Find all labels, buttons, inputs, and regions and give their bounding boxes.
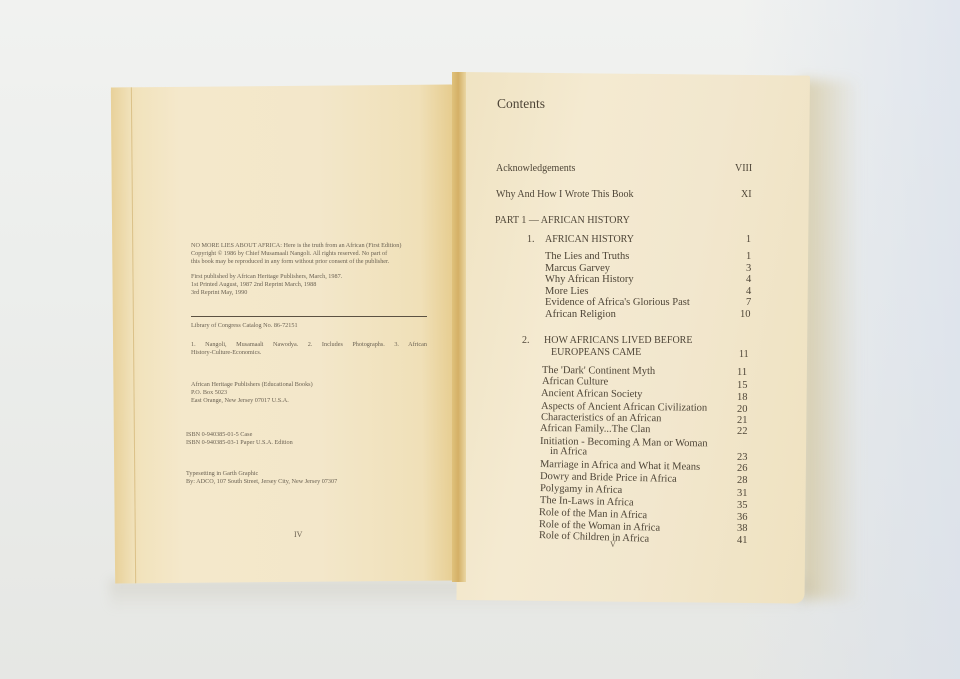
copyright-line: NO MORE LIES ABOUT AFRICA: Here is the t… [191,242,431,250]
toc-section-label: More Lies [545,286,588,297]
toc-section-label: Ancient African Society [541,388,643,400]
toc-section-page: 10 [740,309,751,320]
copyright-line: this book may be reproduced in any form … [191,258,431,266]
toc-entry-label: Acknowledgements [496,163,575,174]
publisher-address: African Heritage Publishers (Educational… [191,381,431,406]
toc-section-label: The Lies and Truths [545,251,629,262]
typesetting-line: Typesetting in Garth Graphic [186,470,426,478]
toc-section-label: Evidence of Africa's Glorious Past [545,297,690,308]
typesetting-block: Typesetting in Garth Graphic By: ADCO, 1… [186,470,426,486]
part-heading: PART 1 — AFRICAN HISTORY [495,215,630,226]
toc-section-page: 21 [737,415,748,426]
page-number-right: V [610,540,616,549]
chapter-title: EUROPEANS CAME [551,347,641,358]
publication-line: 3rd Reprint May, 1990 [191,289,431,297]
toc-section-page: 23 [737,452,748,463]
toc-section-page: 28 [737,475,748,486]
toc-section-page: 15 [737,380,748,391]
toc-section-label: African Family...The Clan [540,423,651,435]
toc-section-page: 36 [737,512,748,523]
toc-section-page: 7 [746,297,751,308]
toc-section-label: Marcus Garvey [545,263,610,274]
chapter-title: AFRICAN HISTORY [545,234,634,245]
toc-section-label: Why African History [545,274,634,285]
copyright-line: Copyright © 1986 by Chief Musamaali Nang… [191,250,431,258]
toc-section-page: 4 [746,274,751,285]
toc-section-page: 18 [737,392,748,403]
toc-entry-page: VIII [735,163,752,174]
isbn-line: ISBN 0-940385-03-1 Paper U.S.A. Edition [186,439,426,447]
publisher-line: African Heritage Publishers (Educational… [191,381,431,389]
chapter-page: 1 [746,234,751,245]
chapter-page: 11 [739,349,749,360]
isbn-block: ISBN 0-940385-01-5 Case ISBN 0-940385-03… [186,431,426,447]
publication-history: First published by African Heritage Publ… [191,273,431,298]
toc-section-page: 20 [737,404,748,415]
chapter-number: 1. [527,234,535,245]
toc-section-page: 3 [746,263,751,274]
publisher-line: P.O. Box 5023 [191,389,431,397]
contents-title: Contents [497,96,545,112]
toc-section-page: 26 [737,463,748,474]
toc-section-label: African Culture [542,376,608,388]
chapter-title: HOW AFRICANS LIVED BEFORE [544,335,692,346]
publisher-line: East Orange, New Jersey 07017 U.S.A. [191,397,431,405]
toc-entry-label: Why And How I Wrote This Book [496,189,634,200]
toc-section-page: 38 [737,523,748,534]
toc-section-label: in Africa [550,446,587,458]
toc-section-page: 1 [746,251,751,262]
toc-section-page: 35 [737,500,748,511]
page-number-left: IV [294,530,302,539]
book-spine-gutter [452,72,466,582]
catalog-number: Library of Congress Catalog No. 86-72151 [191,322,431,330]
publication-line: 1st Printed August, 1987 2nd Reprint Mar… [191,281,431,289]
toc-section-page: 22 [737,426,748,437]
isbn-line: ISBN 0-940385-01-5 Case [186,431,426,439]
toc-entry-page: XI [741,189,752,200]
toc-section-page: 41 [737,535,748,546]
toc-section-page: 11 [737,367,747,378]
toc-section-label: African Religion [545,309,616,320]
typesetting-line: By: ADCO, 107 South Street, Jersey City,… [186,478,426,486]
toc-section-label: Polygamy in Africa [540,483,622,496]
toc-section-page: 31 [737,488,748,499]
page-edges [111,87,136,583]
chapter-number: 2. [522,335,530,346]
publication-line: First published by African Heritage Publ… [191,273,431,281]
toc-section-page: 4 [746,286,751,297]
subject-line: 1. Nangoli, Musamaali Nawodya. 2. Includ… [191,341,427,349]
subject-line: History-Culture-Economics. [191,349,427,357]
book-photo: NO MORE LIES ABOUT AFRICA: Here is the t… [0,0,960,679]
left-page [111,85,457,584]
divider-rule [191,316,427,317]
subject-headings: 1. Nangoli, Musamaali Nawodya. 2. Includ… [191,341,427,357]
copyright-block: NO MORE LIES ABOUT AFRICA: Here is the t… [191,242,431,267]
